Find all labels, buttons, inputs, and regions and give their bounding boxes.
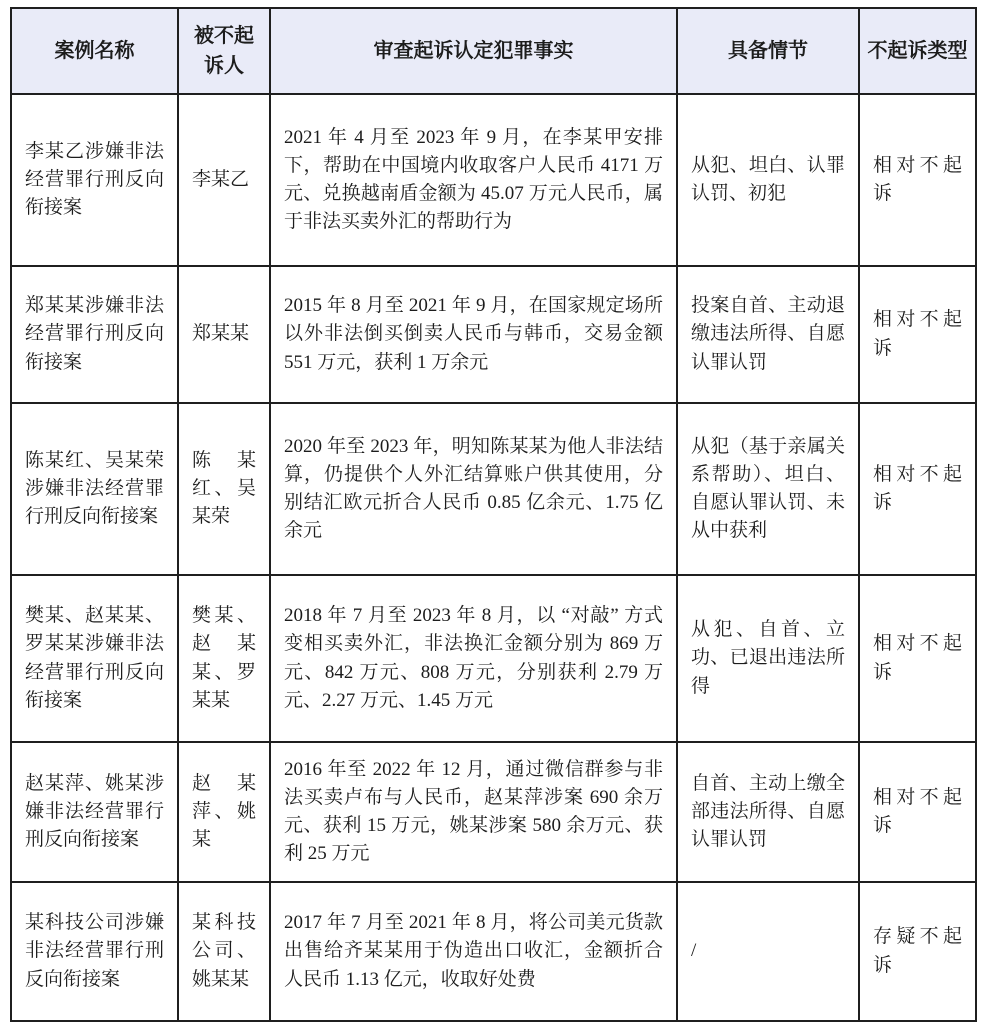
cell-case-name: 郑某某涉嫌非法经营罪行刑反向衔接案	[11, 266, 178, 403]
header-cell-circumstances: 具备情节	[677, 8, 859, 94]
cell-type: 相对不起诉	[859, 575, 976, 742]
header-cell-case-name: 案例名称	[11, 8, 178, 94]
header-cell-facts: 审查起诉认定犯罪事实	[270, 8, 677, 94]
cell-facts: 2016 年至 2022 年 12 月，通过微信群参与非法买卖卢布与人民币，赵某…	[270, 742, 677, 882]
header-cell-type: 不起诉类型	[859, 8, 976, 94]
table-body: 李某乙涉嫌非法经营罪行刑反向衔接案 李某乙 2021 年 4 月至 2023 年…	[11, 94, 976, 1021]
table-row: 李某乙涉嫌非法经营罪行刑反向衔接案 李某乙 2021 年 4 月至 2023 年…	[11, 94, 976, 266]
table-row: 赵某萍、姚某涉嫌非法经营罪行刑反向衔接案 赵某萍、姚某 2016 年至 2022…	[11, 742, 976, 882]
cell-circumstances: 从犯、自首、立功、已退出违法所得	[677, 575, 859, 742]
table-header: 案例名称 被不起诉人 审查起诉认定犯罪事实 具备情节 不起诉类型	[11, 8, 976, 94]
cell-type: 相对不起诉	[859, 266, 976, 403]
document-page: 案例名称 被不起诉人 审查起诉认定犯罪事实 具备情节 不起诉类型 李某乙涉嫌非法…	[0, 0, 985, 1029]
cell-case-name: 陈某红、吴某荣涉嫌非法经营罪行刑反向衔接案	[11, 403, 178, 575]
cell-circumstances: /	[677, 882, 859, 1021]
table-row: 某科技公司涉嫌非法经营罪行刑反向衔接案 某科技公司、姚某某 2017 年 7 月…	[11, 882, 976, 1021]
cell-circumstances: 从犯、坦白、认罪认罚、初犯	[677, 94, 859, 266]
header-cell-person: 被不起诉人	[178, 8, 270, 94]
cell-facts: 2017 年 7 月至 2021 年 8 月，将公司美元货款出售给齐某某用于伪造…	[270, 882, 677, 1021]
table-row: 陈某红、吴某荣涉嫌非法经营罪行刑反向衔接案 陈某红、吴某荣 2020 年至 20…	[11, 403, 976, 575]
cell-circumstances: 自首、主动上缴全部违法所得、自愿认罪认罚	[677, 742, 859, 882]
cell-person: 李某乙	[178, 94, 270, 266]
table-row: 樊某、赵某某、罗某某涉嫌非法经营罪行刑反向衔接案 樊某、赵某某、罗某某 2018…	[11, 575, 976, 742]
cell-person: 樊某、赵某某、罗某某	[178, 575, 270, 742]
cell-case-name: 赵某萍、姚某涉嫌非法经营罪行刑反向衔接案	[11, 742, 178, 882]
cell-type: 存疑不起诉	[859, 882, 976, 1021]
cell-facts: 2018 年 7 月至 2023 年 8 月，以 “对敲” 方式变相买卖外汇，非…	[270, 575, 677, 742]
cell-person: 陈某红、吴某荣	[178, 403, 270, 575]
header-row: 案例名称 被不起诉人 审查起诉认定犯罪事实 具备情节 不起诉类型	[11, 8, 976, 94]
cell-person: 赵某萍、姚某	[178, 742, 270, 882]
cell-person: 某科技公司、姚某某	[178, 882, 270, 1021]
cell-type: 相对不起诉	[859, 742, 976, 882]
cell-circumstances: 从犯（基于亲属关系帮助）、坦白、自愿认罪认罚、未从中获利	[677, 403, 859, 575]
cell-type: 相对不起诉	[859, 94, 976, 266]
case-table: 案例名称 被不起诉人 审查起诉认定犯罪事实 具备情节 不起诉类型 李某乙涉嫌非法…	[10, 7, 977, 1022]
cell-facts: 2020 年至 2023 年，明知陈某某为他人非法结算，仍提供个人外汇结算账户供…	[270, 403, 677, 575]
cell-facts: 2015 年 8 月至 2021 年 9 月，在国家规定场所以外非法倒买倒卖人民…	[270, 266, 677, 403]
cell-circumstances: 投案自首、主动退缴违法所得、自愿认罪认罚	[677, 266, 859, 403]
cell-type: 相对不起诉	[859, 403, 976, 575]
cell-case-name: 李某乙涉嫌非法经营罪行刑反向衔接案	[11, 94, 178, 266]
cell-facts: 2021 年 4 月至 2023 年 9 月，在李某甲安排下，帮助在中国境内收取…	[270, 94, 677, 266]
table-row: 郑某某涉嫌非法经营罪行刑反向衔接案 郑某某 2015 年 8 月至 2021 年…	[11, 266, 976, 403]
cell-case-name: 某科技公司涉嫌非法经营罪行刑反向衔接案	[11, 882, 178, 1021]
cell-case-name: 樊某、赵某某、罗某某涉嫌非法经营罪行刑反向衔接案	[11, 575, 178, 742]
cell-person: 郑某某	[178, 266, 270, 403]
